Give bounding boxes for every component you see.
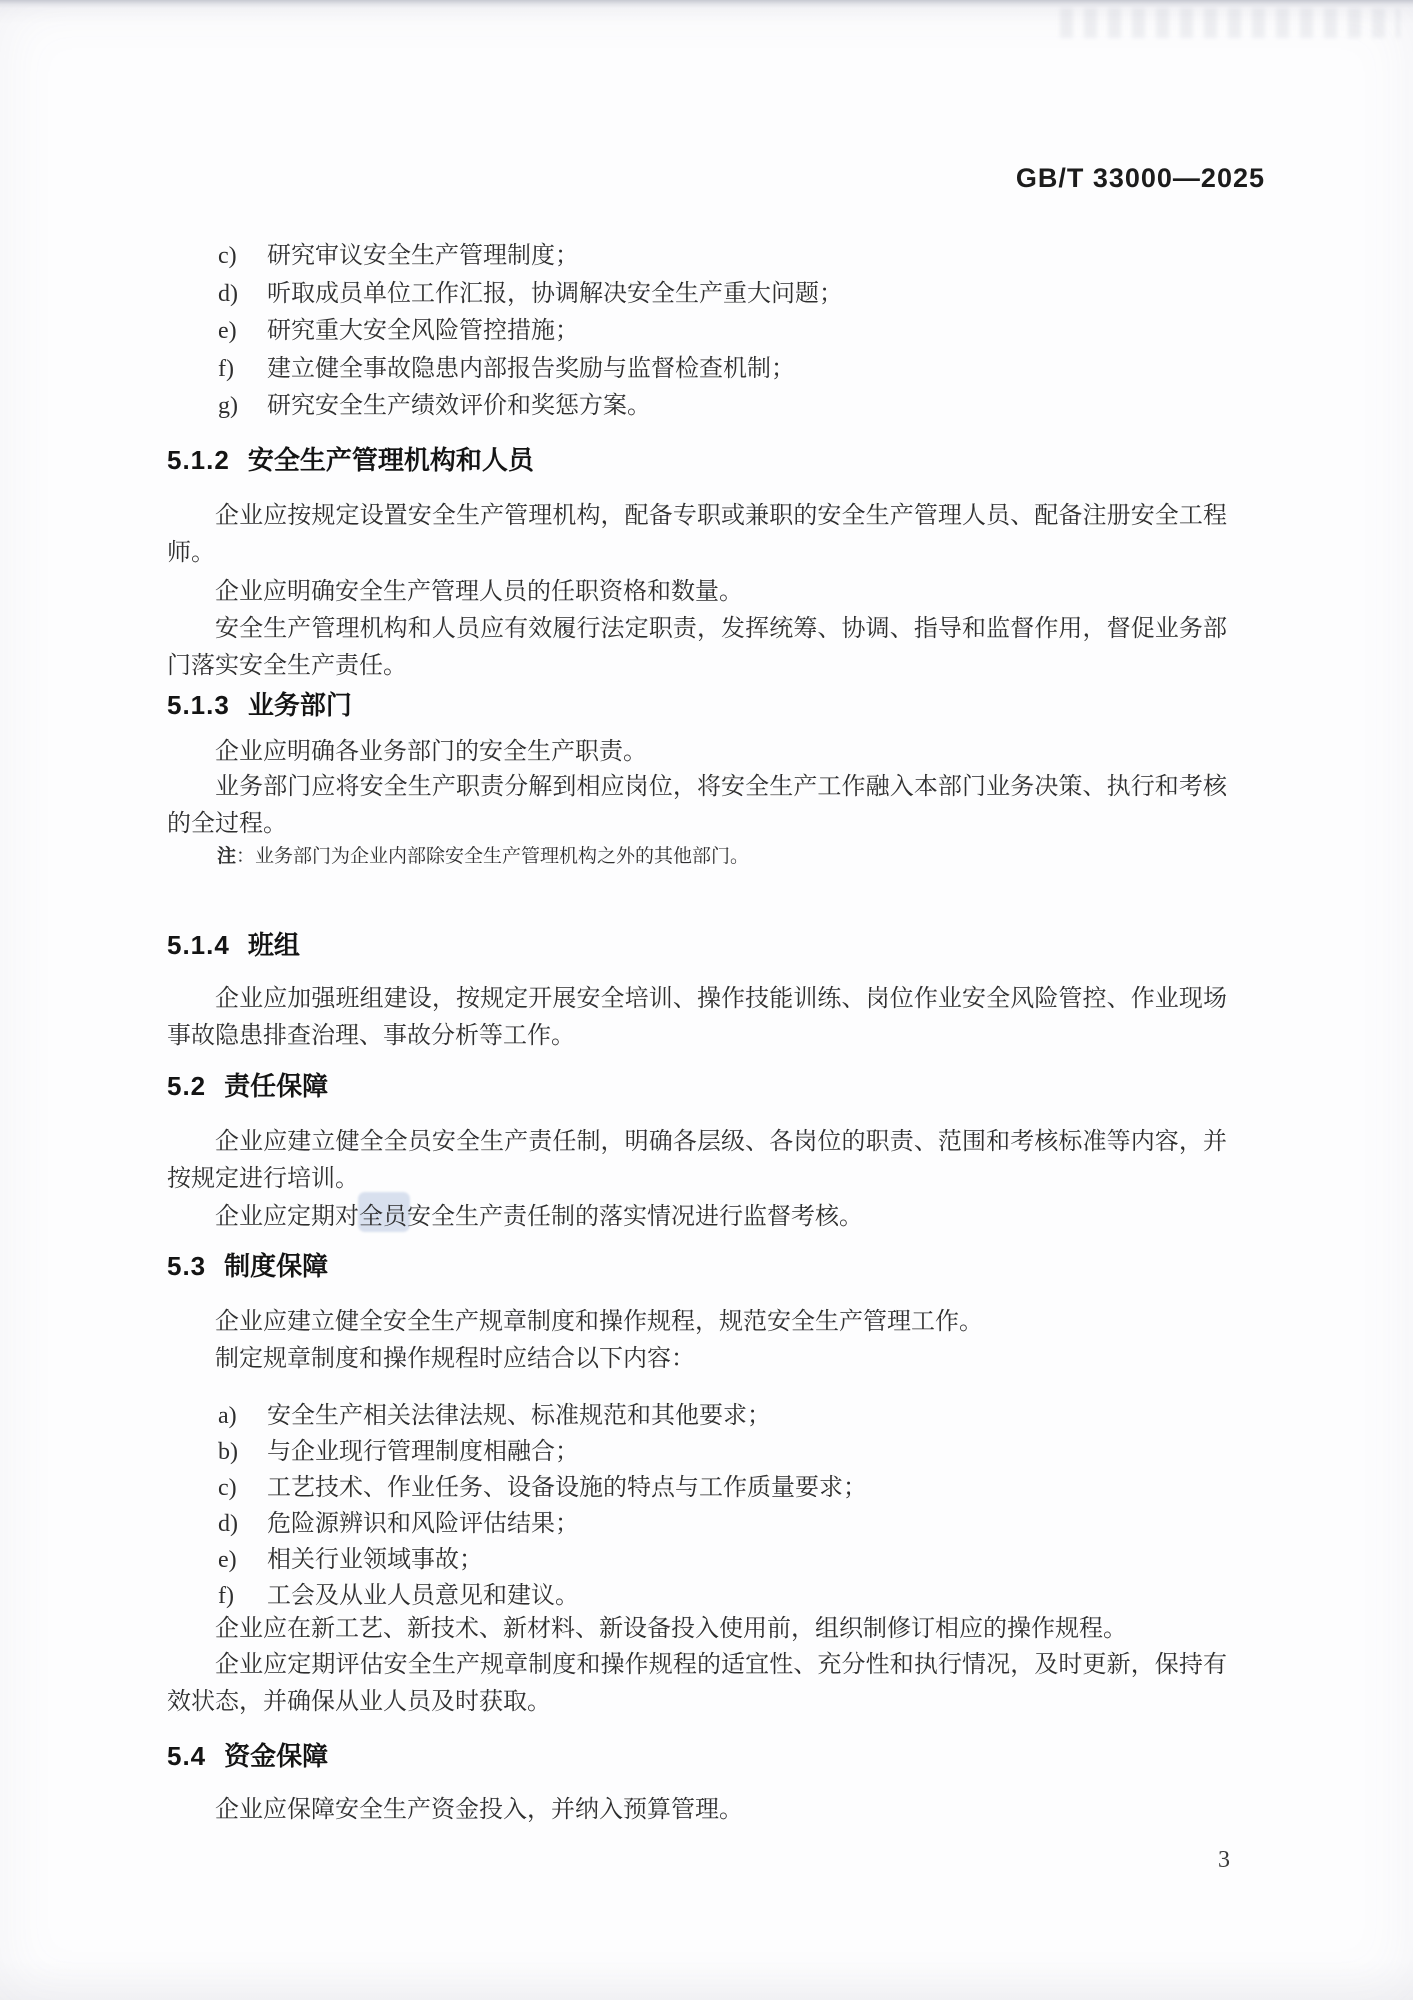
section-title: 班组 bbox=[248, 930, 300, 960]
paragraph: 企业应明确各业务部门的安全生产职责。 bbox=[167, 734, 1227, 771]
paragraph: 企业应保障安全生产资金投入，并纳入预算管理。 bbox=[167, 1792, 1227, 1829]
clause-text: 与企业现行管理制度相融合； bbox=[267, 1439, 579, 1465]
note-label: 注 bbox=[217, 846, 236, 867]
clause-text: 听取成员单位工作汇报，协调解决安全生产重大问题； bbox=[267, 281, 843, 307]
clause-item: f)工会及从业人员意见和建议。 bbox=[167, 1578, 1227, 1614]
document-page: GB/T 33000—2025 c)研究审议安全生产管理制度； d)听取成员单位… bbox=[0, 0, 1413, 2000]
clause-text: 建立健全事故隐患内部报告奖励与监督检查机制； bbox=[267, 356, 795, 382]
clause-label: d) bbox=[218, 276, 238, 314]
section-number: 5.2 bbox=[167, 1071, 206, 1101]
paragraph: 企业应按规定设置安全生产管理机构，配备专职或兼职的安全生产管理人员、配备注册安全… bbox=[167, 498, 1227, 572]
paragraph: 企业应建立健全全员安全生产责任制，明确各层级、各岗位的职责、范围和考核标准等内容… bbox=[167, 1124, 1227, 1198]
paragraph: 企业应加强班组建设，按规定开展安全培训、操作技能训练、岗位作业安全风险管控、作业… bbox=[167, 981, 1227, 1055]
clause-text: 危险源辨识和风险评估结果； bbox=[267, 1511, 579, 1537]
clause-label: f) bbox=[218, 351, 234, 389]
section-number: 5.3 bbox=[167, 1251, 206, 1281]
section-title: 责任保障 bbox=[224, 1071, 328, 1101]
note-text: ：业务部门为企业内部除安全生产管理机构之外的其他部门。 bbox=[236, 846, 749, 867]
clause-text: 研究审议安全生产管理制度； bbox=[267, 243, 579, 269]
section-heading-5-1-3: 5.1.3业务部门 bbox=[167, 685, 1227, 725]
section-title: 安全生产管理机构和人员 bbox=[248, 445, 534, 475]
clause-item: c)工艺技术、作业任务、设备设施的特点与工作质量要求； bbox=[167, 1470, 1227, 1506]
paragraph: 企业应定期评估安全生产规章制度和操作规程的适宜性、充分性和执行情况，及时更新，保… bbox=[167, 1647, 1227, 1721]
clause-list-c-g: c)研究审议安全生产管理制度； d)听取成员单位工作汇报，协调解决安全生产重大问… bbox=[167, 238, 1227, 426]
section-number: 5.1.4 bbox=[167, 930, 230, 960]
section-title: 资金保障 bbox=[224, 1741, 328, 1771]
standard-code-header: GB/T 33000—2025 bbox=[1016, 161, 1265, 195]
clause-label: e) bbox=[218, 1542, 237, 1578]
section-number: 5.1.2 bbox=[167, 445, 230, 475]
clause-item: g)研究安全生产绩效评价和奖惩方案。 bbox=[167, 388, 1227, 426]
clause-label: b) bbox=[218, 1434, 238, 1470]
clause-text: 研究安全生产绩效评价和奖惩方案。 bbox=[267, 393, 651, 419]
clause-item: c)研究审议安全生产管理制度； bbox=[167, 238, 1227, 276]
clause-item: d)听取成员单位工作汇报，协调解决安全生产重大问题； bbox=[167, 276, 1227, 314]
clause-item: a)安全生产相关法律法规、标准规范和其他要求； bbox=[167, 1398, 1227, 1434]
page-number: 3 bbox=[1218, 1842, 1230, 1878]
scan-edge-artifact bbox=[0, 0, 1413, 8]
clause-text: 工艺技术、作业任务、设备设施的特点与工作质量要求； bbox=[267, 1475, 867, 1501]
clause-text: 研究重大安全风险管控措施； bbox=[267, 318, 579, 344]
paragraph: 制定规章制度和操作规程时应结合以下内容： bbox=[167, 1341, 1227, 1378]
paragraph: 企业应建立健全安全生产规章制度和操作规程，规范安全生产管理工作。 bbox=[167, 1304, 1227, 1341]
clause-item: e)研究重大安全风险管控措施； bbox=[167, 313, 1227, 351]
section-number: 5.1.3 bbox=[167, 690, 230, 720]
clause-list-a-f: a)安全生产相关法律法规、标准规范和其他要求； b)与企业现行管理制度相融合； … bbox=[167, 1398, 1227, 1614]
paragraph: 安全生产管理机构和人员应有效履行法定职责，发挥统筹、协调、指导和监督作用，督促业… bbox=[167, 611, 1227, 685]
section-title: 制度保障 bbox=[224, 1251, 328, 1281]
section-heading-5-1-2: 5.1.2安全生产管理机构和人员 bbox=[167, 440, 1227, 480]
section-title: 业务部门 bbox=[248, 690, 352, 720]
section-heading-5-2: 5.2责任保障 bbox=[167, 1066, 1227, 1106]
clause-label: c) bbox=[218, 1470, 237, 1506]
clause-item: e)相关行业领域事故； bbox=[167, 1542, 1227, 1578]
clause-item: f)建立健全事故隐患内部报告奖励与监督检查机制； bbox=[167, 351, 1227, 389]
section-heading-5-1-4: 5.1.4班组 bbox=[167, 925, 1227, 965]
section-number: 5.4 bbox=[167, 1741, 206, 1771]
clause-text: 安全生产相关法律法规、标准规范和其他要求； bbox=[267, 1403, 771, 1429]
scan-watermark-artifact bbox=[1060, 8, 1400, 38]
note: 注：业务部门为企业内部除安全生产管理机构之外的其他部门。 bbox=[167, 842, 1227, 872]
clause-item: b)与企业现行管理制度相融合； bbox=[167, 1434, 1227, 1470]
clause-text: 相关行业领域事故； bbox=[267, 1547, 483, 1573]
paragraph: 企业应在新工艺、新技术、新材料、新设备投入使用前，组织制修订相应的操作规程。 bbox=[167, 1611, 1227, 1648]
clause-item: d)危险源辨识和风险评估结果； bbox=[167, 1506, 1227, 1542]
clause-label: a) bbox=[218, 1398, 237, 1434]
clause-label: d) bbox=[218, 1506, 238, 1542]
paragraph: 企业应明确安全生产管理人员的任职资格和数量。 bbox=[167, 574, 1227, 611]
paragraph: 企业应定期对全员安全生产责任制的落实情况进行监督考核。 bbox=[167, 1199, 1227, 1236]
clause-label: c) bbox=[218, 238, 237, 276]
paragraph: 业务部门应将安全生产职责分解到相应岗位，将安全生产工作融入本部门业务决策、执行和… bbox=[167, 769, 1227, 843]
clause-text: 工会及从业人员意见和建议。 bbox=[267, 1583, 579, 1609]
section-heading-5-3: 5.3制度保障 bbox=[167, 1246, 1227, 1286]
clause-label: e) bbox=[218, 313, 237, 351]
clause-label: f) bbox=[218, 1578, 234, 1614]
clause-label: g) bbox=[218, 388, 238, 426]
section-heading-5-4: 5.4资金保障 bbox=[167, 1736, 1227, 1776]
